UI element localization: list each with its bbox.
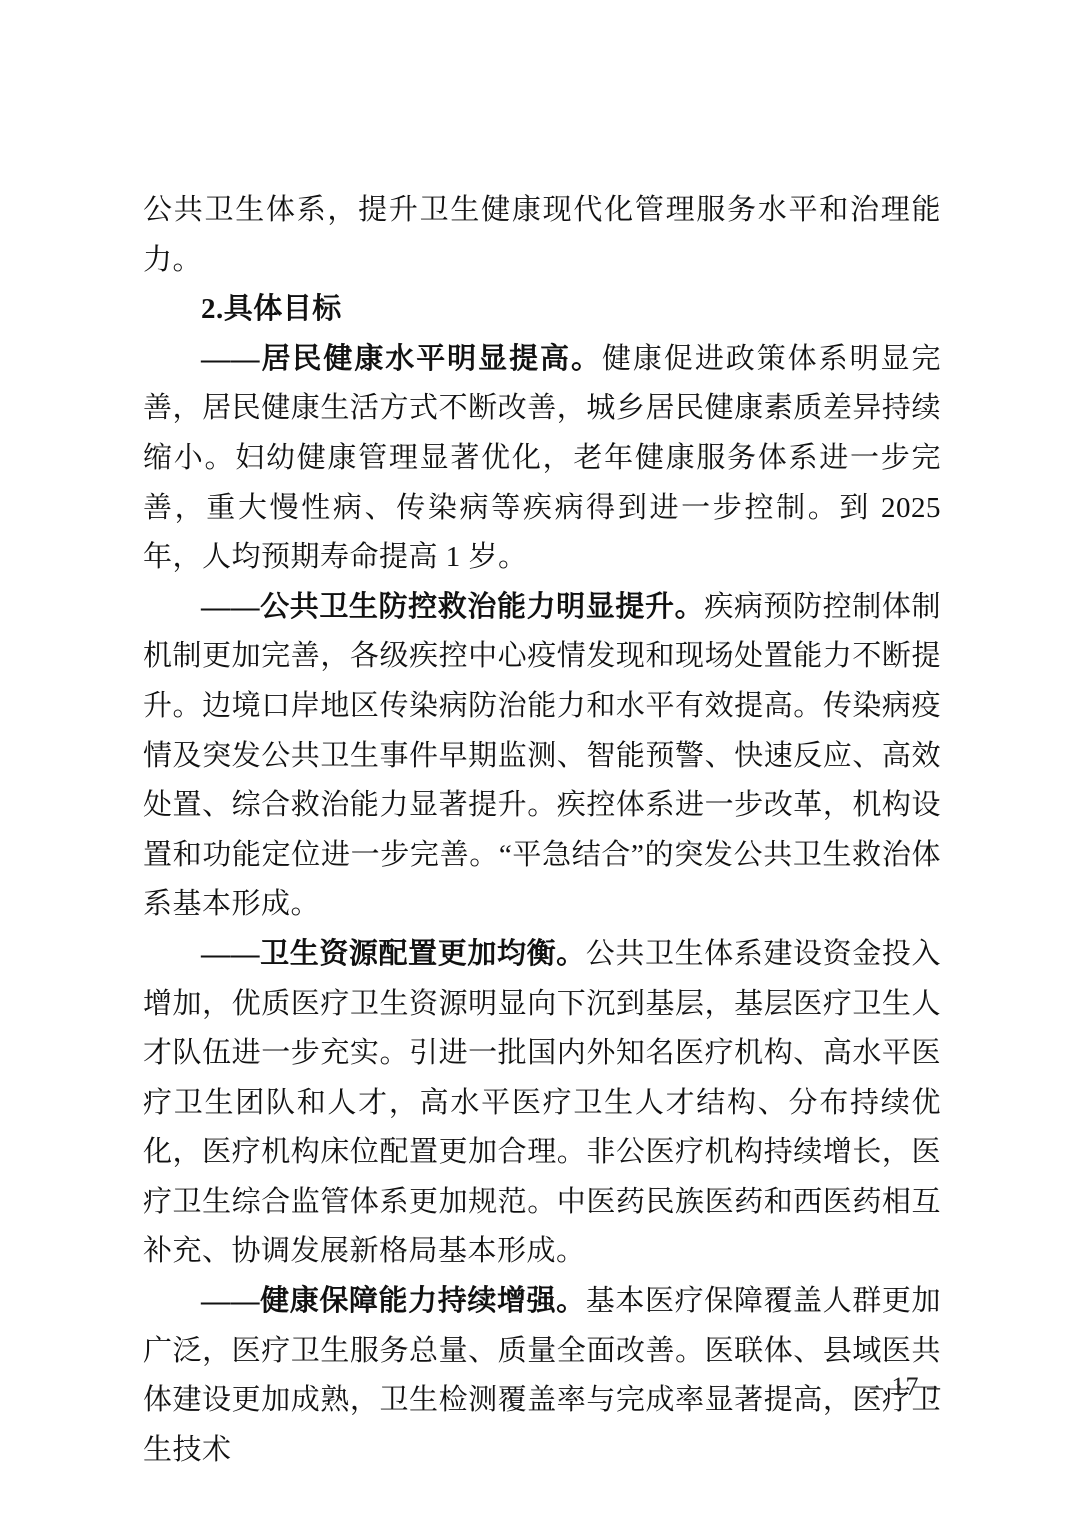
objective-body-resource-allocation: 公共卫生体系建设资金投入增加，优质医疗卫生资源明显向下沉到基层，基层医疗卫生人才… <box>143 938 941 1268</box>
objective-lead-health-security: ——健康保障能力持续增强。 <box>201 1285 586 1317</box>
objective-body-public-health-control: 疾病预防控制体制机制更加完善，各级疾控中心疫情发现和现场处置能力不断提升。边境口… <box>143 591 941 921</box>
objective-lead-resource-allocation: ——卫生资源配置更加均衡。 <box>201 938 586 970</box>
document-page: 公共卫生体系，提升卫生健康现代化管理服务水平和治理能力。 2.具体目标 ——居民… <box>0 0 1074 1520</box>
page-number: – 17 – <box>870 1372 941 1402</box>
paragraph-continuation: 公共卫生体系，提升卫生健康现代化管理服务水平和治理能力。 <box>143 186 941 285</box>
objective-paragraph-resource-allocation: ——卫生资源配置更加均衡。公共卫生体系建设资金投入增加，优质医疗卫生资源明显向下… <box>143 930 941 1277</box>
section-heading-specific-goals: 2.具体目标 <box>143 285 941 335</box>
document-body: 公共卫生体系，提升卫生健康现代化管理服务水平和治理能力。 2.具体目标 ——居民… <box>143 186 941 1475</box>
objective-paragraph-health-security: ——健康保障能力持续增强。基本医疗保障覆盖人群更加广泛，医疗卫生服务总量、质量全… <box>143 1277 941 1475</box>
objective-paragraph-public-health-control: ——公共卫生防控救治能力明显提升。疾病预防控制体制机制更加完善，各级疾控中心疫情… <box>143 583 941 930</box>
objective-lead-resident-health: ——居民健康水平明显提高。 <box>201 343 602 375</box>
objective-lead-public-health-control: ——公共卫生防控救治能力明显提升。 <box>201 591 704 623</box>
objective-paragraph-resident-health: ——居民健康水平明显提高。健康促进政策体系明显完善，居民健康生活方式不断改善，城… <box>143 335 941 583</box>
objective-body-resident-health: 健康促进政策体系明显完善，居民健康生活方式不断改善，城乡居民健康素质差异持续缩小… <box>143 343 941 573</box>
